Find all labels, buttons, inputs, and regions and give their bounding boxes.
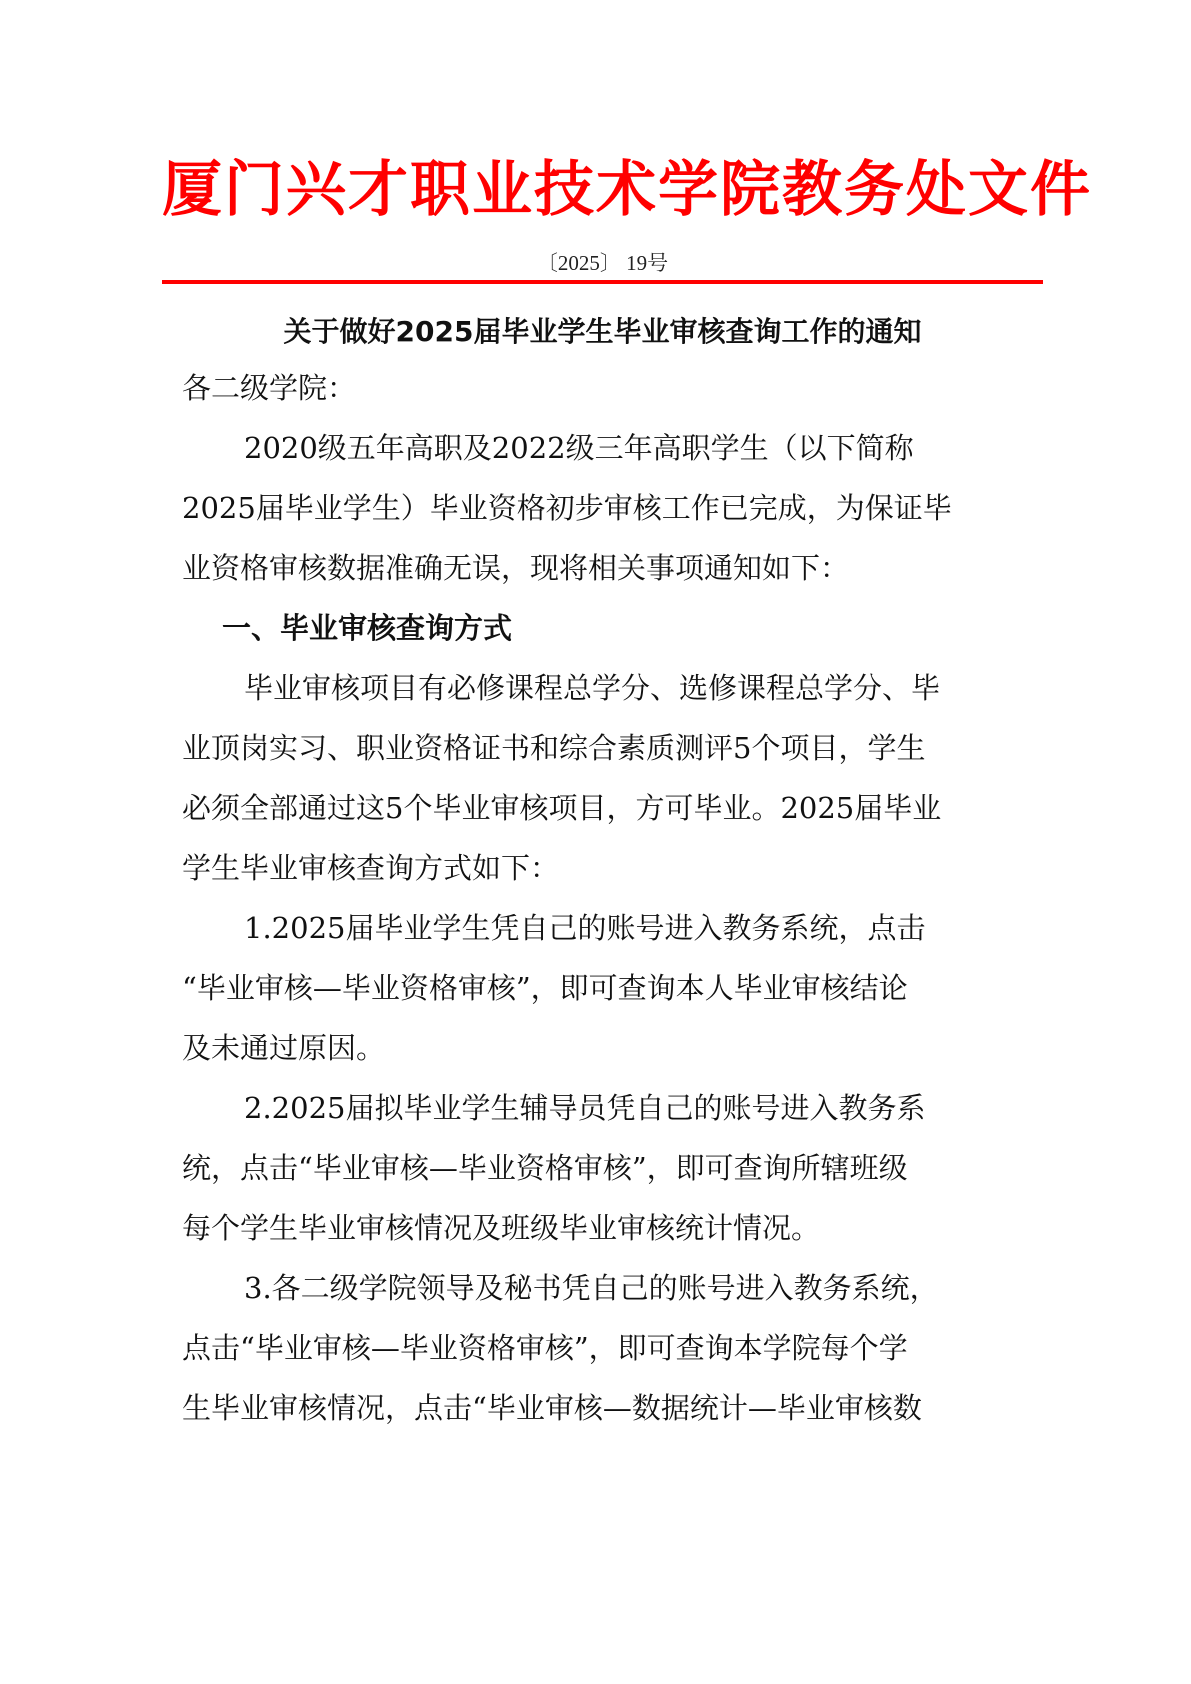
paragraph-line: 2020级五年高职及2022级三年高职学生（以下简称 [182, 418, 1022, 478]
red-divider-rule [162, 280, 1043, 284]
list-item-line: “毕业审核—毕业资格审核”，即可查询本人毕业审核结论 [182, 958, 1022, 1018]
paragraph-line: 毕业审核项目有必修课程总学分、选修课程总学分、毕 [182, 658, 1022, 718]
document-body: 各二级学院： 2020级五年高职及2022级三年高职学生（以下简称 2025届毕… [182, 358, 1022, 1438]
paragraph-line: 业顶岗实习、职业资格证书和综合素质测评5个项目，学生 [182, 718, 1022, 778]
list-item-line: 及未通过原因。 [182, 1018, 1022, 1078]
salutation: 各二级学院： [182, 358, 1022, 418]
list-item-line: 每个学生毕业审核情况及班级毕业审核统计情况。 [182, 1198, 1022, 1258]
list-item-line: 3.各二级学院领导及秘书凭自己的账号进入教务系统， [182, 1258, 1022, 1318]
list-item-line: 统，点击“毕业审核—毕业资格审核”，即可查询所辖班级 [182, 1138, 1022, 1198]
list-item-line: 点击“毕业审核—毕业资格审核”，即可查询本学院每个学 [182, 1318, 1022, 1378]
list-item-line: 2.2025届拟毕业学生辅导员凭自己的账号进入教务系 [182, 1078, 1022, 1138]
org-header-title: 厦门兴才职业技术学院教务处文件 [162, 150, 1043, 230]
notice-title: 关于做好2025届毕业学生毕业审核查询工作的通知 [162, 312, 1043, 352]
section-heading: 一、毕业审核查询方式 [182, 598, 1022, 658]
paragraph-line: 必须全部通过这5个毕业审核项目，方可毕业。2025届毕业 [182, 778, 1022, 838]
document-page: 厦门兴才职业技术学院教务处文件 〔2025〕 19号 关于做好2025届毕业学生… [0, 0, 1191, 1684]
document-number: 〔2025〕 19号 [162, 250, 1043, 276]
paragraph-line: 业资格审核数据准确无误，现将相关事项通知如下： [182, 538, 1022, 598]
list-item-line: 生毕业审核情况，点击“毕业审核—数据统计—毕业审核数 [182, 1378, 1022, 1438]
list-item-line: 1.2025届毕业学生凭自己的账号进入教务系统，点击 [182, 898, 1022, 958]
paragraph-line: 学生毕业审核查询方式如下： [182, 838, 1022, 898]
paragraph-line: 2025届毕业学生）毕业资格初步审核工作已完成，为保证毕 [182, 478, 1022, 538]
